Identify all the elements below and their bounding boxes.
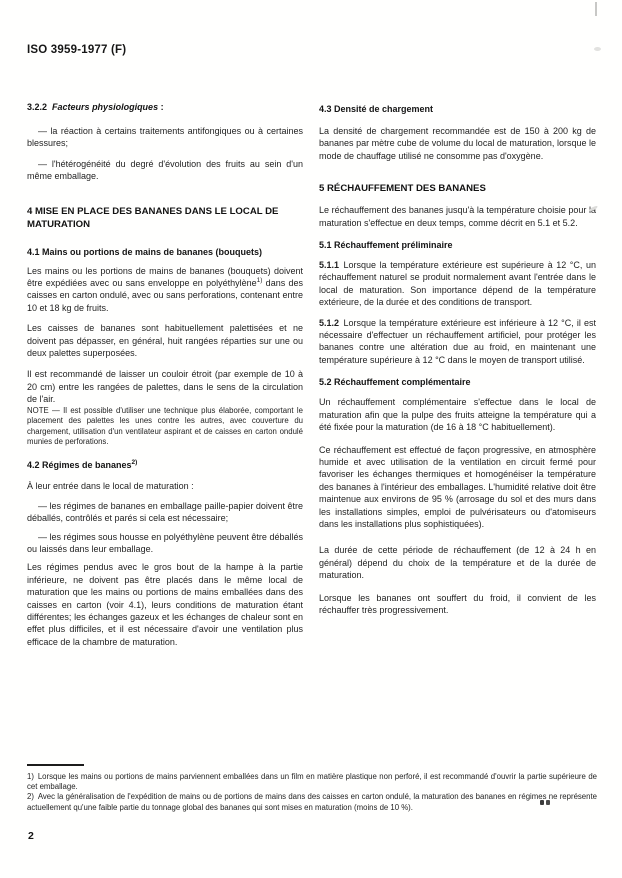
paragraph-couloir-etroit: Il est recommandé de laisser un couloir … <box>27 368 303 405</box>
paragraph-entree-local: À leur entrée dans le local de maturatio… <box>27 480 303 492</box>
footnote-ref-2: 2) <box>132 459 138 466</box>
section-4-heading: 4 MISE EN PLACE DES BANANES DANS LE LOCA… <box>27 205 303 231</box>
section-5-1-heading: 5.1 Réchauffement préliminaire <box>319 239 596 251</box>
paragraph-duree-periode: La durée de cette période de réchauffeme… <box>319 544 596 581</box>
paragraph-5-1-1: 5.1.1 Lorsque la température extérieure … <box>319 259 596 309</box>
scan-artifact-top-edge-line <box>595 2 597 16</box>
section-5-1-2-number: 5.1.2 <box>319 318 339 328</box>
section-5-2-heading: 5.2 Réchauffement complémentaire <box>319 376 596 388</box>
section-4-2-title: 4.2 Régimes de bananes <box>27 460 132 470</box>
paragraph-5-1-2: 5.1.2 Lorsque la température extérieure … <box>319 317 596 367</box>
footnote-1-number: 1) <box>27 772 34 781</box>
section-3-2-2-heading: 3.2.2 Facteurs physiologiques : <box>27 101 303 113</box>
page-number: 2 <box>28 830 34 842</box>
footnote-2: 2) Avec la généralisation de l'expéditio… <box>27 792 597 812</box>
document-reference-header: ISO 3959-1977 (F) <box>27 44 126 56</box>
paragraph-rechauffement-complementaire: Un réchauffement complémentaire s'effect… <box>319 396 596 433</box>
footnote-1-text: Lorsque les mains ou portions de mains p… <box>27 772 597 791</box>
document-page: ISO 3959-1977 (F) 3.2.2 Facteurs physiol… <box>0 0 622 878</box>
footnote-1: 1) Lorsque les mains ou portions de main… <box>27 772 597 792</box>
list-item-heterogeneite: — l'hétérogénéité du degré d'évolution d… <box>27 158 303 183</box>
footnote-2-text: Avec la généralisation de l'expédition d… <box>27 792 597 811</box>
footnote-2-number: 2) <box>27 792 34 801</box>
paragraph-rechauffement-deux-temps: Le réchauffement des bananes jusqu'à la … <box>319 204 596 229</box>
section-3-2-2-title: Facteurs physiologiques <box>52 102 158 112</box>
right-column: 4.3 Densité de chargement La densité de … <box>319 103 596 616</box>
footnote-separator-rule <box>27 764 84 766</box>
footnotes-section: 1) Lorsque les mains ou portions de main… <box>27 764 597 813</box>
paragraph-5-1-2-text: Lorsque la température extérieure est in… <box>319 318 596 365</box>
paragraph-regimes-pendus: Les régimes pendus avec le gros bout de … <box>27 561 303 648</box>
scan-artifact-smudge-upper <box>594 47 601 51</box>
section-5-heading: 5 RÉCHAUFFEMENT DES BANANES <box>319 182 596 195</box>
paragraph-densite-chargement: La densité de chargement recommandée est… <box>319 125 596 162</box>
section-4-3-heading: 4.3 Densité de chargement <box>319 103 596 115</box>
section-4-2-heading: 4.2 Régimes de bananes2) <box>27 459 303 471</box>
paragraph-rechauffement-progressif: Ce réchauffement est effectué de façon p… <box>319 444 596 531</box>
paragraph-caisses-palettisees: Les caisses de bananes sont habituelleme… <box>27 322 303 359</box>
paragraph-bananes-froid: Lorsque les bananes ont souffert du froi… <box>319 592 596 617</box>
list-item-paille-papier: — les régimes de bananes en emballage pa… <box>27 500 303 525</box>
list-item-housse-polyethylene: — les régimes sous housse en polyéthylèn… <box>27 531 303 556</box>
left-column: 3.2.2 Facteurs physiologiques : — la réa… <box>27 101 303 648</box>
section-3-2-2-colon: : <box>158 102 164 112</box>
section-4-1-heading: 4.1 Mains ou portions de mains de banane… <box>27 246 303 258</box>
section-3-2-2-number: 3.2.2 <box>27 102 47 112</box>
paragraph-mains-expedition: Les mains ou les portions de mains de ba… <box>27 265 303 315</box>
list-item-reaction: — la réaction à certains traitements ant… <box>27 125 303 150</box>
paragraph-5-1-1-text: Lorsque la température extérieure est su… <box>319 260 596 307</box>
note-technique-elaboree: NOTE — Il est possible d'utiliser une te… <box>27 406 303 448</box>
section-5-1-1-number: 5.1.1 <box>319 260 339 270</box>
